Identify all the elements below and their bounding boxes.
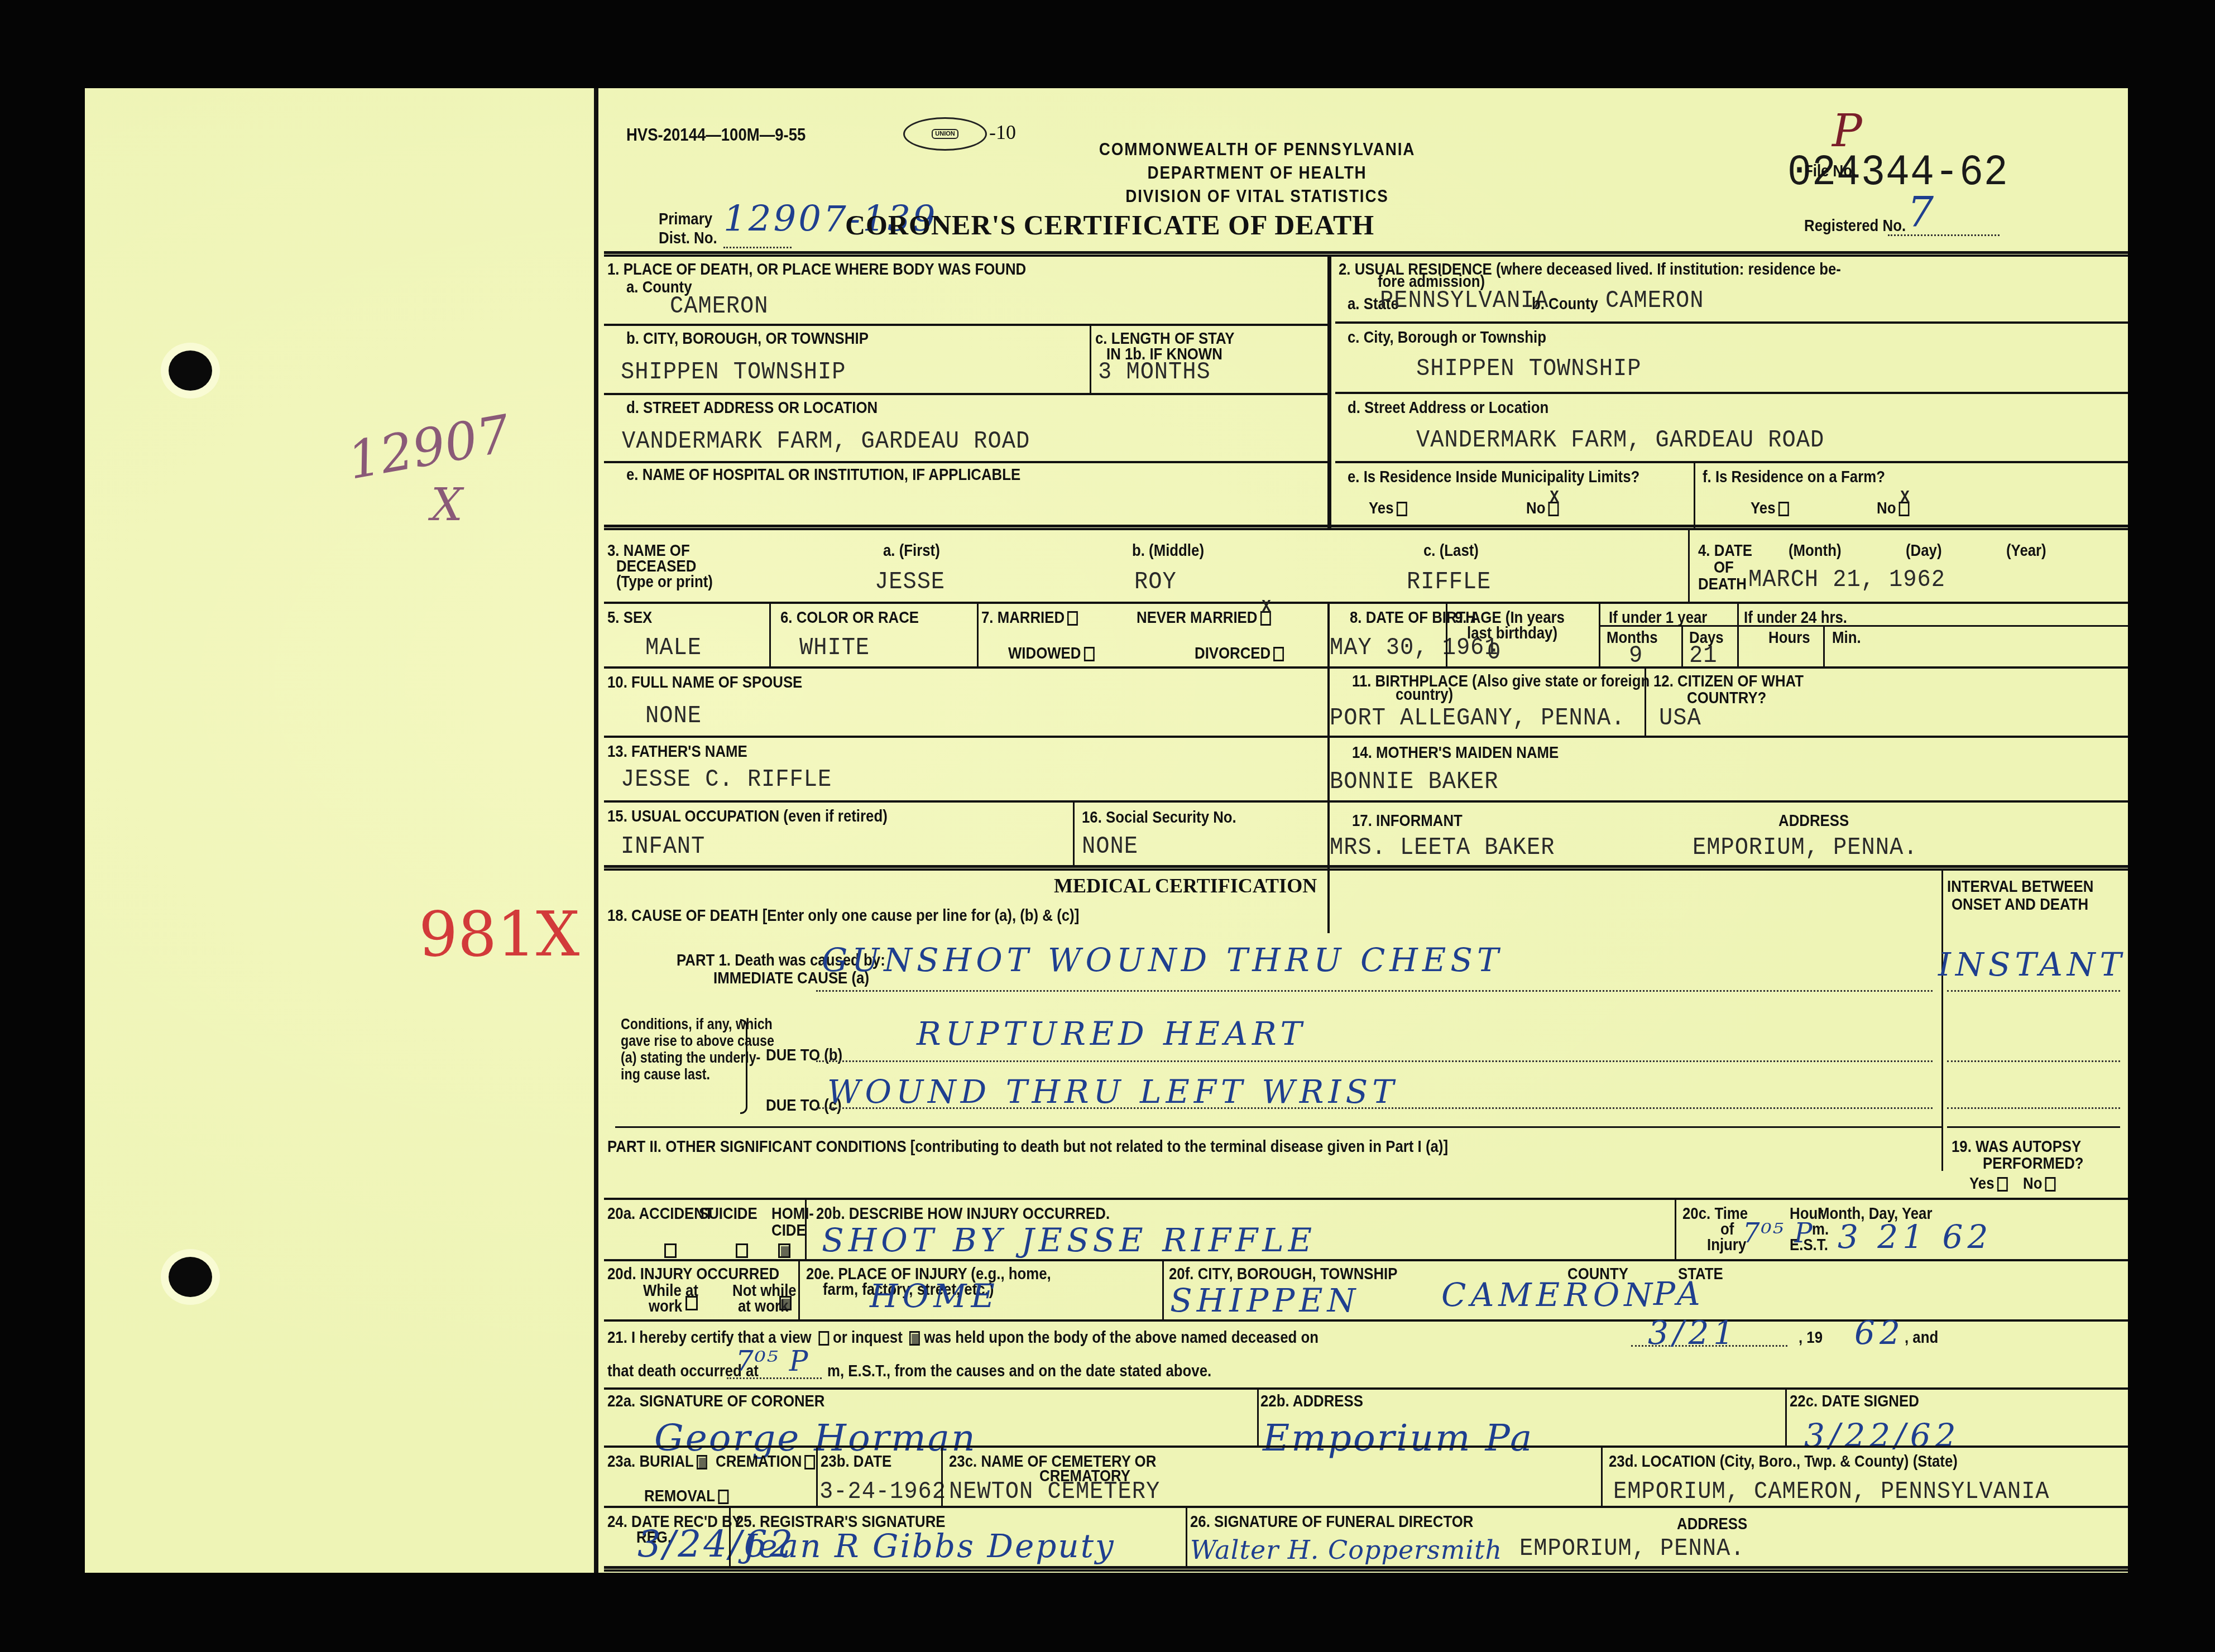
- form-code: HVS-20144—100M—9-55: [626, 125, 806, 145]
- checkbox-inquest[interactable]: [909, 1331, 920, 1346]
- sec1-city: SHIPPEN TOWNSHIP: [621, 358, 846, 386]
- medical-title: MEDICAL CERTIFICATION: [1054, 874, 1317, 897]
- cause-a-line: [816, 990, 1933, 992]
- divider: [1335, 321, 2128, 324]
- sec4-label-1: 4. DATE: [1698, 541, 1752, 560]
- sec21-date: 3/21: [1648, 1314, 1738, 1352]
- checkbox-inside-limits-yes[interactable]: [1397, 502, 1407, 516]
- sec26-label: 26. SIGNATURE OF FUNERAL DIRECTOR: [1190, 1512, 1473, 1531]
- divider: [1737, 602, 1739, 666]
- divider: [1681, 625, 1683, 666]
- sec22a-label: 22a. SIGNATURE OF CORONER: [607, 1392, 824, 1411]
- yes-label: Yes: [1969, 1174, 1994, 1193]
- sec2-city: SHIPPEN TOWNSHIP: [1416, 355, 1641, 383]
- conditions-label-3: (a) stating the underly-: [621, 1049, 760, 1066]
- sec21-text-c: was held upon the body of the above name…: [924, 1328, 1319, 1347]
- conditions-bracket: [740, 1019, 747, 1114]
- checkbox-never-married[interactable]: [1260, 611, 1271, 626]
- sec23c-cemetery: NEWTON CEMETERY: [949, 1478, 1160, 1506]
- divider: [604, 602, 2128, 604]
- sec4-year-label: (Year): [2006, 541, 2046, 560]
- divider: [604, 736, 2128, 738]
- divider: [1645, 666, 1646, 736]
- header-line-1: COMMONWEALTH OF PENNSYLVANIA: [1006, 140, 1508, 160]
- sec1-county: CAMERON: [670, 292, 768, 320]
- sec1-street: VANDERMARK FARM, GARDEAU ROAD: [622, 428, 1030, 455]
- punch-hole-top: [169, 350, 212, 391]
- divider: [1073, 800, 1075, 865]
- header-line-2: DEPARTMENT OF HEALTH: [1006, 163, 1508, 183]
- removal-label: REMOVAL: [644, 1487, 715, 1505]
- never-married-label: NEVER MARRIED: [1137, 608, 1257, 627]
- sec4-date-of-death: MARCH 21, 1962: [1748, 566, 1945, 594]
- interval-c-line: [1947, 1107, 2120, 1109]
- sec20a-suicide-label: SUICIDE: [699, 1204, 757, 1223]
- sec11-birthplace: PORT ALLEGANY, PENNA.: [1330, 704, 1625, 732]
- divider: [1688, 529, 1690, 602]
- conditions-label-4: ing cause last.: [621, 1066, 710, 1083]
- checkbox-widowed[interactable]: [1084, 647, 1095, 661]
- sec20f-county: CAMERON: [1441, 1276, 1657, 1314]
- sec17-informant: MRS. LEETA BAKER: [1330, 834, 1555, 862]
- sec2-farm-label: f. Is Residence on a Farm?: [1703, 468, 1885, 487]
- sec21-line2-b: m, E.S.T., from the causes and on the da…: [827, 1362, 1211, 1381]
- sec3-last: RIFFLE: [1407, 568, 1491, 596]
- sec15-label: 15. USUAL OCCUPATION (even if retired): [607, 807, 888, 826]
- sec11-label-2: country): [1396, 685, 1453, 704]
- checkbox-view[interactable]: [818, 1331, 829, 1346]
- sec20f-state: PA: [1653, 1275, 1705, 1313]
- sec22c-label: 22c. DATE SIGNED: [1790, 1392, 1919, 1411]
- sec1-city-label: b. CITY, BOROUGH, OR TOWNSHIP: [626, 329, 869, 348]
- sec20a-homicide-label-1: HOMI-: [771, 1204, 814, 1223]
- sec9-hours-label: Hours: [1768, 628, 1810, 647]
- sec6-label: 6. COLOR OR RACE: [780, 608, 919, 627]
- sec26-address: EMPORIUM, PENNA.: [1519, 1535, 1744, 1563]
- red-note: 981X: [419, 899, 579, 970]
- cause-of-death-label: 18. CAUSE OF DEATH [Enter only one cause…: [607, 906, 1079, 925]
- sec9-under1-label: If under 1 year: [1609, 608, 1707, 627]
- sec6-race: WHITE: [799, 634, 870, 662]
- sec1-stay: 3 MONTHS: [1098, 358, 1211, 386]
- sec1-title: 1. PLACE OF DEATH, OR PLACE WHERE BODY W…: [607, 260, 1026, 279]
- primary-dist-label-2: Dist. No.: [659, 229, 717, 248]
- divider: [1446, 602, 1447, 666]
- divider: [977, 602, 979, 666]
- checkbox-inside-limits-no[interactable]: [1548, 502, 1559, 516]
- checkbox-autopsy-yes[interactable]: [1997, 1177, 2008, 1192]
- divider: [1599, 625, 2128, 627]
- sec7-never-married[interactable]: NEVER MARRIED: [1137, 608, 1271, 627]
- sec2-street: VANDERMARK FARM, GARDEAU ROAD: [1416, 426, 1824, 454]
- sec17-address-label: ADDRESS: [1778, 811, 1849, 830]
- interval-a: INSTANT: [1938, 945, 2126, 983]
- divider: [1335, 461, 2128, 463]
- divider: [1186, 1506, 1187, 1566]
- sec17-label: 17. INFORMANT: [1352, 811, 1463, 830]
- sec2-inside-limits-no[interactable]: No: [1526, 499, 1559, 518]
- registered-no: 7: [1907, 189, 1938, 237]
- sec16-ssn: NONE: [1082, 833, 1138, 861]
- no-label: No: [1526, 499, 1545, 517]
- autopsy-no[interactable]: No: [2023, 1174, 2055, 1193]
- divider: [769, 602, 771, 666]
- checkbox-while-at-work[interactable]: [682, 1296, 698, 1310]
- sec21-text-a: 21. I hereby certify that a view: [607, 1328, 812, 1347]
- divider: [1675, 1198, 1676, 1259]
- sec20f-label: 20f. CITY, BOROUGH, TOWNSHIP: [1169, 1265, 1398, 1284]
- sec20c-label-3: Injury: [1707, 1236, 1746, 1255]
- conditions-label-2: gave rise to above cause: [621, 1032, 774, 1049]
- interval-b-line: [1947, 1060, 2120, 1062]
- sec21-text-b: or inquest: [833, 1328, 903, 1347]
- sec3-middle-label: b. (Middle): [1132, 541, 1204, 560]
- sec21-time-line: [727, 1377, 822, 1379]
- divider: [604, 1506, 2128, 1508]
- sec13-label: 13. FATHER'S NAME: [607, 742, 747, 761]
- divider: [615, 1126, 1941, 1128]
- sec20b-label: 20b. DESCRIBE HOW INJURY OCCURRED.: [816, 1204, 1110, 1223]
- sec9-months: 9: [1629, 642, 1643, 670]
- sec7-widowed[interactable]: WIDOWED: [1008, 644, 1094, 663]
- sec3-first: JESSE: [875, 568, 945, 596]
- sec4-month-label: (Month): [1789, 541, 1842, 560]
- sec2-inside-limits-yes[interactable]: Yes: [1369, 499, 1407, 518]
- sec2-city-label: c. City, Borough or Township: [1348, 328, 1546, 347]
- file-no-annotation: P: [1832, 105, 1867, 157]
- widowed-label: WIDOWED: [1008, 644, 1081, 662]
- divider: [729, 1506, 731, 1566]
- autopsy-yes[interactable]: Yes: [1969, 1174, 2008, 1193]
- registrar-signature: Jean R Gibbs Deputy: [744, 1527, 1115, 1565]
- cause-b: RUPTURED HEART: [917, 1015, 1306, 1053]
- sec22b-label: 22b. ADDRESS: [1260, 1392, 1363, 1411]
- sec1-street-label: d. STREET ADDRESS OR LOCATION: [626, 398, 878, 417]
- sec20f-value: SHIPPEN: [1170, 1281, 1360, 1319]
- sec20c-label-1: 20c. Time: [1682, 1204, 1748, 1223]
- no-label: No: [1877, 499, 1896, 517]
- sec4-day-label: (Day): [1906, 541, 1942, 560]
- sec10-spouse: NONE: [645, 702, 702, 730]
- divider-name: [604, 525, 2128, 530]
- footer-divider: [604, 1566, 2128, 1572]
- sec7-divorced[interactable]: DIVORCED: [1195, 644, 1284, 663]
- sec2-farm-no[interactable]: No: [1877, 499, 1909, 518]
- sec7-married[interactable]: 7. MARRIED: [981, 608, 1078, 627]
- checkbox-married[interactable]: [1067, 611, 1078, 626]
- divider: [1162, 1259, 1164, 1319]
- union-seal-icon: UNION: [903, 117, 987, 151]
- divider: [1335, 392, 2128, 394]
- sec1-sec2-divider: [1327, 256, 1331, 528]
- sec10-label: 10. FULL NAME OF SPOUSE: [607, 673, 802, 692]
- divider: [604, 1259, 2128, 1261]
- sec23a-removal[interactable]: REMOVAL: [644, 1487, 728, 1506]
- divider: [1601, 1445, 1603, 1506]
- sec9-label-2: last birthday): [1467, 624, 1557, 643]
- sec23d-label: 23d. LOCATION (City, Boro., Twp. & Count…: [1609, 1452, 1958, 1471]
- sec14-mother: BONNIE BAKER: [1330, 768, 1499, 796]
- divider: [798, 1259, 800, 1319]
- pencil-number: 12907: [343, 404, 515, 491]
- checkbox-not-at-work[interactable]: [776, 1296, 792, 1310]
- divider: [1694, 461, 1695, 528]
- sec20b-value: SHOT BY JESSE RIFFLE: [822, 1221, 1316, 1259]
- sec12-citizen: USA: [1659, 704, 1701, 732]
- divider: [604, 324, 1327, 326]
- sec23b-date: 3-24-1962: [819, 1478, 946, 1506]
- file-no-label: File No.: [1804, 162, 1856, 181]
- sec23a-burial[interactable]: 23a. BURIAL: [607, 1452, 707, 1471]
- sec22c-date: 3/22/62: [1804, 1416, 1960, 1454]
- sec23a-cremation[interactable]: CREMATION: [716, 1452, 815, 1471]
- sec20e-value: HOME: [870, 1277, 999, 1315]
- sec16-label: 16. Social Security No.: [1082, 808, 1236, 827]
- header-line-3: DIVISION OF VITAL STATISTICS: [1006, 186, 1508, 206]
- sec5-sex: MALE: [645, 634, 702, 662]
- sec26-address-label: ADDRESS: [1677, 1515, 1747, 1534]
- divider: [1257, 1387, 1259, 1445]
- no-label: No: [2023, 1174, 2042, 1193]
- married-label: 7. MARRIED: [981, 608, 1065, 627]
- sec21-and: , and: [1905, 1328, 1938, 1347]
- sec9-years: 0: [1487, 638, 1501, 666]
- primary-dist-underline: [723, 247, 792, 248]
- checkbox-removal[interactable]: [718, 1490, 728, 1504]
- divider: [604, 666, 2128, 669]
- sec4-label-3: DEATH: [1698, 575, 1747, 594]
- divorced-label: DIVORCED: [1195, 644, 1270, 662]
- sec20a-accident-label: 20a. ACCIDENT: [607, 1204, 713, 1223]
- interval-label-2: ONSET AND DEATH: [1952, 895, 2088, 914]
- sec9-under24-label: If under 24 hrs.: [1744, 608, 1847, 627]
- sec21-year-prefix: , 19: [1799, 1328, 1823, 1347]
- stub-separator: [594, 88, 598, 1573]
- checkbox-burial[interactable]: [697, 1455, 707, 1469]
- punch-hole-bottom: [169, 1257, 212, 1297]
- sec21-line1: 21. I hereby certify that a view or inqu…: [607, 1328, 1319, 1347]
- death-certificate-form: HVS-20144—100M—9-55 UNION -10 COMMONWEAL…: [604, 88, 2128, 1573]
- interval-a-line: [1947, 990, 2120, 992]
- sec23b-label: 23b. DATE: [821, 1452, 891, 1471]
- divider: [1599, 602, 1600, 666]
- sec13-father: JESSE C. RIFFLE: [621, 766, 832, 794]
- sec12-label-1: 12. CITIZEN OF WHAT: [1653, 672, 1804, 691]
- sec2-state: PENNSYLVANIA: [1380, 287, 1549, 315]
- checkbox-farm-yes[interactable]: [1778, 502, 1789, 516]
- checkbox-farm-no[interactable]: [1899, 502, 1910, 516]
- header-divider: [604, 251, 2128, 257]
- sec23d-location: EMPORIUM, CAMERON, PENNSYLVANIA: [1613, 1478, 2050, 1506]
- sec14-label: 14. MOTHER'S MAIDEN NAME: [1352, 743, 1559, 762]
- sec1-hospital-label: e. NAME OF HOSPITAL OR INSTITUTION, IF A…: [626, 465, 1020, 484]
- divider: [1941, 870, 1943, 1171]
- pencil-mark: X: [431, 479, 463, 531]
- sec3-first-label: a. (First): [883, 541, 940, 560]
- divider: [604, 800, 2128, 803]
- divider: [604, 1198, 2128, 1200]
- sec9-min-label: Min.: [1832, 628, 1861, 647]
- interval-label-1: INTERVAL BETWEEN: [1947, 877, 2093, 896]
- autopsy-label-1: 19. WAS AUTOPSY: [1952, 1137, 2081, 1156]
- cause-b-line: [816, 1060, 1933, 1062]
- divider: [604, 1387, 2128, 1390]
- certificate-page: 12907 X 981X HVS-20144—100M—9-55 UNION -…: [85, 88, 2128, 1573]
- divider: [604, 393, 1327, 395]
- sec4-label-2: OF: [1714, 558, 1734, 577]
- autopsy-label-2: PERFORMED?: [1983, 1154, 2084, 1173]
- divider: [1785, 1387, 1787, 1445]
- conditions-label-1: Conditions, if any, which: [621, 1016, 773, 1032]
- funeral-director-signature: Walter H. Coppersmith: [1190, 1535, 1502, 1565]
- checkbox-homicide[interactable]: [775, 1243, 790, 1258]
- sec3-middle: ROY: [1134, 568, 1177, 596]
- divider-medical: [604, 865, 2128, 871]
- sec20a-homicide-label-2: CIDE: [771, 1221, 806, 1240]
- sec17-address: EMPORIUM, PENNA.: [1693, 834, 1917, 862]
- cause-a: GUNSHOT WOUND THRU CHEST: [822, 941, 1503, 979]
- cause-c: WOUND THRU LEFT WRIST: [827, 1073, 1398, 1111]
- yes-label: Yes: [1751, 499, 1775, 517]
- sec9-days: 21: [1689, 642, 1717, 670]
- checkbox-suicide[interactable]: [732, 1243, 748, 1258]
- sec21-time: 7⁰⁵ P: [736, 1345, 809, 1377]
- sec20d-label: 20d. INJURY OCCURRED: [607, 1265, 779, 1284]
- divider: [1090, 324, 1091, 393]
- burial-label: 23a. BURIAL: [607, 1452, 694, 1471]
- sec20c-date: 3 21 62: [1838, 1218, 1992, 1256]
- divider: [805, 1198, 807, 1259]
- sec15-occupation: INFANT: [621, 833, 705, 861]
- left-stub: 12907 X 981X: [85, 88, 592, 1573]
- sec20d-while-work-2: work: [649, 1297, 682, 1316]
- divider: [1947, 1126, 2120, 1128]
- checkbox-accident[interactable]: [661, 1243, 677, 1258]
- divider: [941, 1445, 943, 1506]
- yes-label: Yes: [1369, 499, 1393, 517]
- cremation-label: CREMATION: [716, 1452, 802, 1471]
- registered-no-label: Registered No.: [1804, 217, 1906, 236]
- sec3-last-label: c. (Last): [1423, 541, 1479, 560]
- divider: [604, 1445, 2128, 1448]
- sec20c-time: 7⁰⁵ P: [1743, 1218, 1814, 1249]
- sec21-year: 62: [1854, 1314, 1905, 1352]
- checkbox-cremation[interactable]: [804, 1455, 815, 1469]
- divider: [816, 1445, 818, 1506]
- sec2-street-label: d. Street Address or Location: [1348, 398, 1548, 417]
- sec5-label: 5. SEX: [607, 608, 652, 627]
- sec2-county-label: b. County: [1532, 295, 1598, 314]
- part2-label: PART II. OTHER SIGNIFICANT CONDITIONS [c…: [607, 1137, 1448, 1156]
- sec2-county: CAMERON: [1605, 287, 1704, 315]
- divider: [1823, 625, 1825, 666]
- sec2-inside-limits-label: e. Is Residence Inside Municipality Limi…: [1348, 468, 1639, 487]
- sec3-label-3: (Type or print): [616, 573, 713, 592]
- page-title: CORONER'S CERTIFICATE OF DEATH: [845, 209, 1374, 241]
- registered-no-underline: [1888, 234, 2000, 236]
- coroner-address: Emporium Pa: [1263, 1416, 1533, 1459]
- divider: [604, 461, 1327, 463]
- checkbox-autopsy-no[interactable]: [2045, 1177, 2056, 1192]
- checkbox-divorced[interactable]: [1273, 647, 1284, 661]
- sec2-farm-yes[interactable]: Yes: [1751, 499, 1789, 518]
- primary-dist-label-1: Primary: [659, 210, 712, 229]
